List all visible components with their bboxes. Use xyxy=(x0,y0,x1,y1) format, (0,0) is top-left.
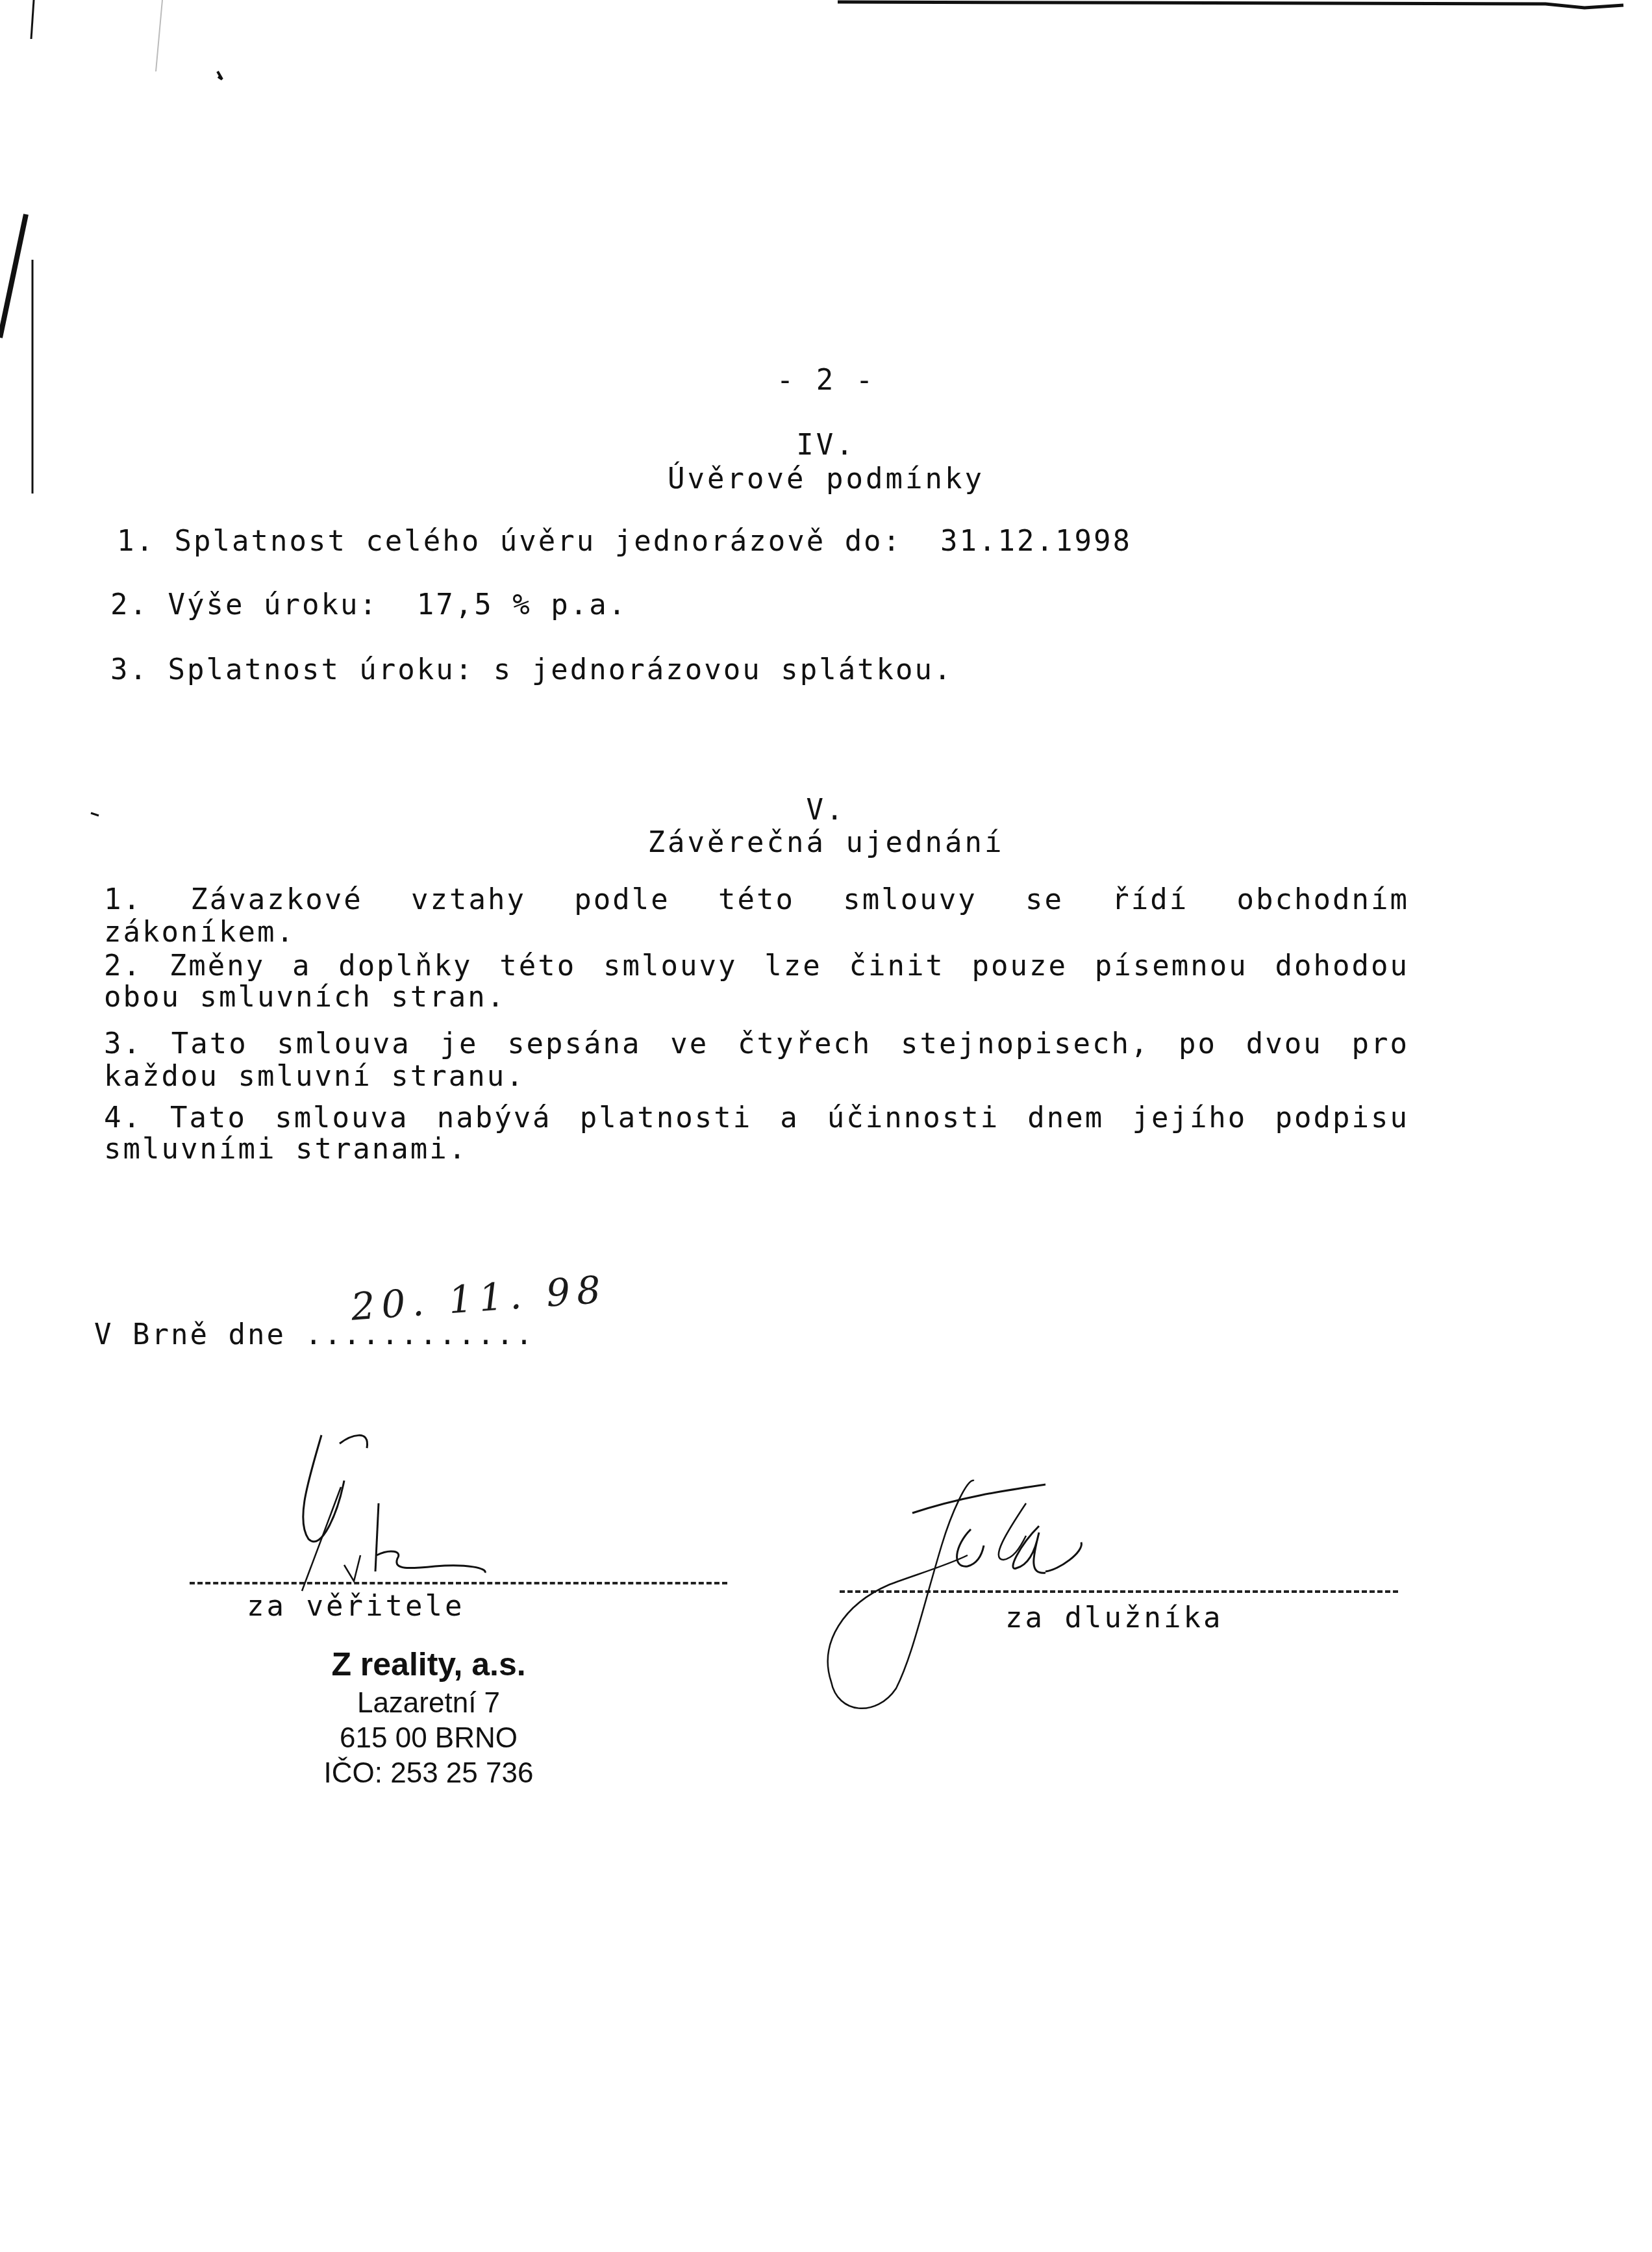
word: 1. xyxy=(104,883,142,916)
debtor-label: za dlužníka xyxy=(1005,1601,1223,1634)
section-iv-title: Úvěrové podmínky xyxy=(0,462,1652,495)
word: 3. xyxy=(104,1027,142,1060)
section-v-line: 4.Tatosmlouvanabýváplatnostiaúčinnostidn… xyxy=(104,1101,1409,1134)
section-v-title: Závěrečná ujednání xyxy=(0,826,1652,859)
word: Tato xyxy=(170,1101,247,1134)
word: platnosti xyxy=(580,1101,752,1134)
word: a xyxy=(780,1101,799,1134)
section-iv-item-1: 1. Splatnost celého úvěru jednorázově do… xyxy=(117,525,1132,558)
word: Změny xyxy=(169,949,265,982)
section-v-line: 2.Změnyadoplňkytétosmlouvylzečinitpouzep… xyxy=(104,949,1409,982)
handwritten-date: 20. 11. 98 xyxy=(349,1267,608,1329)
word: ve xyxy=(670,1027,708,1060)
section-v-line: 1.Závazkovévztahypodletétosmlouvyseřídío… xyxy=(104,883,1409,916)
section-v-line: každou smluvní stranu. xyxy=(104,1060,525,1093)
stamp-city: 615 00 BRNO xyxy=(286,1721,571,1756)
section-v-line: obou smluvních stran. xyxy=(104,981,506,1014)
word: smlouva xyxy=(275,1101,408,1134)
word: nabývá xyxy=(437,1101,552,1134)
word: dnem xyxy=(1027,1101,1104,1134)
word: jejího xyxy=(1132,1101,1247,1134)
word: je xyxy=(440,1027,478,1060)
section-v-line: smluvními stranami. xyxy=(104,1132,468,1166)
word: pro xyxy=(1351,1027,1408,1060)
word: 2. xyxy=(104,949,142,982)
word: se xyxy=(1025,883,1064,916)
word: obchodním xyxy=(1237,883,1409,916)
section-iv-item-3: 3. Splatnost úroku: s jednorázovou splát… xyxy=(110,653,953,686)
stamp-company-name: Z reality, a.s. xyxy=(286,1643,571,1686)
company-stamp: Z reality, a.s. Lazaretní 7 615 00 BRNO … xyxy=(286,1643,571,1791)
word: řídí xyxy=(1112,883,1188,916)
word: lze xyxy=(764,949,821,982)
word: vztahy xyxy=(411,883,526,916)
word: činit xyxy=(849,949,944,982)
word: pouze xyxy=(972,949,1068,982)
word: čtyřech xyxy=(738,1027,871,1060)
place-date-label: V Brně dne ............ xyxy=(94,1318,534,1351)
word: smlouva xyxy=(277,1027,410,1060)
debtor-signature xyxy=(812,1461,1461,1734)
word: smlouvy xyxy=(603,949,737,982)
word: písemnou xyxy=(1095,949,1248,982)
section-v-numeral: V. xyxy=(0,794,1652,827)
word: 4. xyxy=(104,1101,142,1134)
word: dohodou xyxy=(1275,949,1408,982)
word: podpisu xyxy=(1275,1101,1408,1134)
stamp-street: Lazaretní 7 xyxy=(286,1686,571,1721)
word: Tato xyxy=(171,1027,248,1060)
word: smlouvy xyxy=(843,883,977,916)
word: dvou xyxy=(1246,1027,1323,1060)
word: této xyxy=(499,949,576,982)
word: sepsána xyxy=(507,1027,641,1060)
page-number: - 2 - xyxy=(0,364,1652,397)
section-iv-numeral: IV. xyxy=(0,429,1652,462)
word: doplňky xyxy=(338,949,472,982)
place-label: V Brně dne xyxy=(94,1318,286,1351)
word: po xyxy=(1179,1027,1217,1060)
word: podle xyxy=(574,883,670,916)
word: stejnopisech, xyxy=(901,1027,1149,1060)
section-v-line: zákoníkem. xyxy=(104,916,295,949)
word: této xyxy=(718,883,795,916)
word: Závazkové xyxy=(190,883,362,916)
section-iv-item-2: 2. Výše úroku: 17,5 % p.a. xyxy=(110,588,627,621)
stamp-ico: IČO: 253 25 736 xyxy=(286,1756,571,1791)
word: a xyxy=(292,949,312,982)
creditor-label: za věřitele xyxy=(247,1590,464,1623)
section-v-line: 3.Tatosmlouvajesepsánavečtyřechstejnopis… xyxy=(104,1027,1409,1060)
word: účinnosti xyxy=(827,1101,999,1134)
